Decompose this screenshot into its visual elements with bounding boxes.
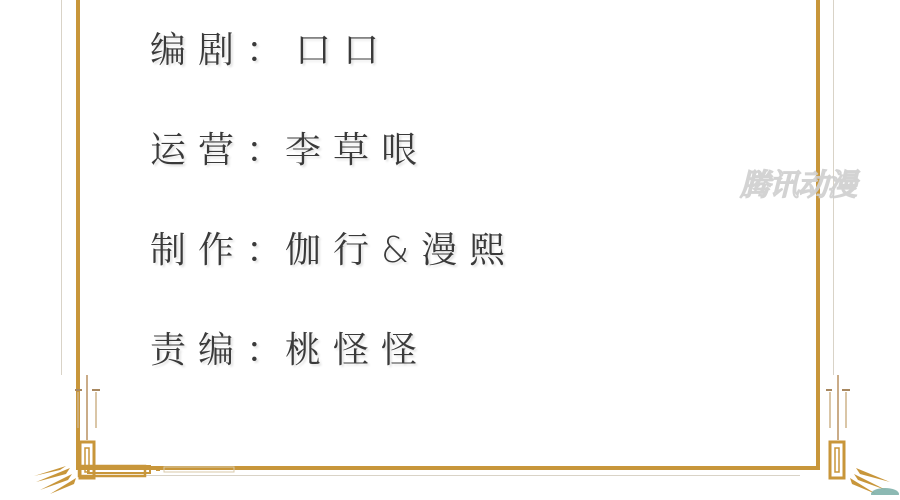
credit-value: 伽行&漫熙 (285, 222, 517, 273)
teal-leaf (871, 488, 899, 495)
frame-left-thin-line (61, 0, 62, 375)
credit-row-screenwriter: 编剧： 口口 (150, 22, 391, 73)
credit-label: 责编： (150, 322, 285, 373)
corner-ornament-bottom-right-icon (780, 370, 900, 495)
credit-row-production: 制作： 伽行&漫熙 (150, 222, 517, 273)
bottom-border-ornament-icon (80, 460, 250, 480)
credit-label: 运营： (150, 122, 285, 173)
tencent-comics-watermark: 腾讯动漫 (740, 160, 856, 204)
credit-label: 编剧： (150, 22, 285, 73)
credit-value: 李草哏 (285, 122, 429, 173)
credit-label: 制作： (150, 222, 285, 273)
credit-value: 口口 (295, 22, 391, 73)
credit-value: 桃怪怪 (285, 322, 429, 373)
credit-row-operations: 运营： 李草哏 (150, 122, 429, 173)
credit-row-editor: 责编： 桃怪怪 (150, 322, 429, 373)
